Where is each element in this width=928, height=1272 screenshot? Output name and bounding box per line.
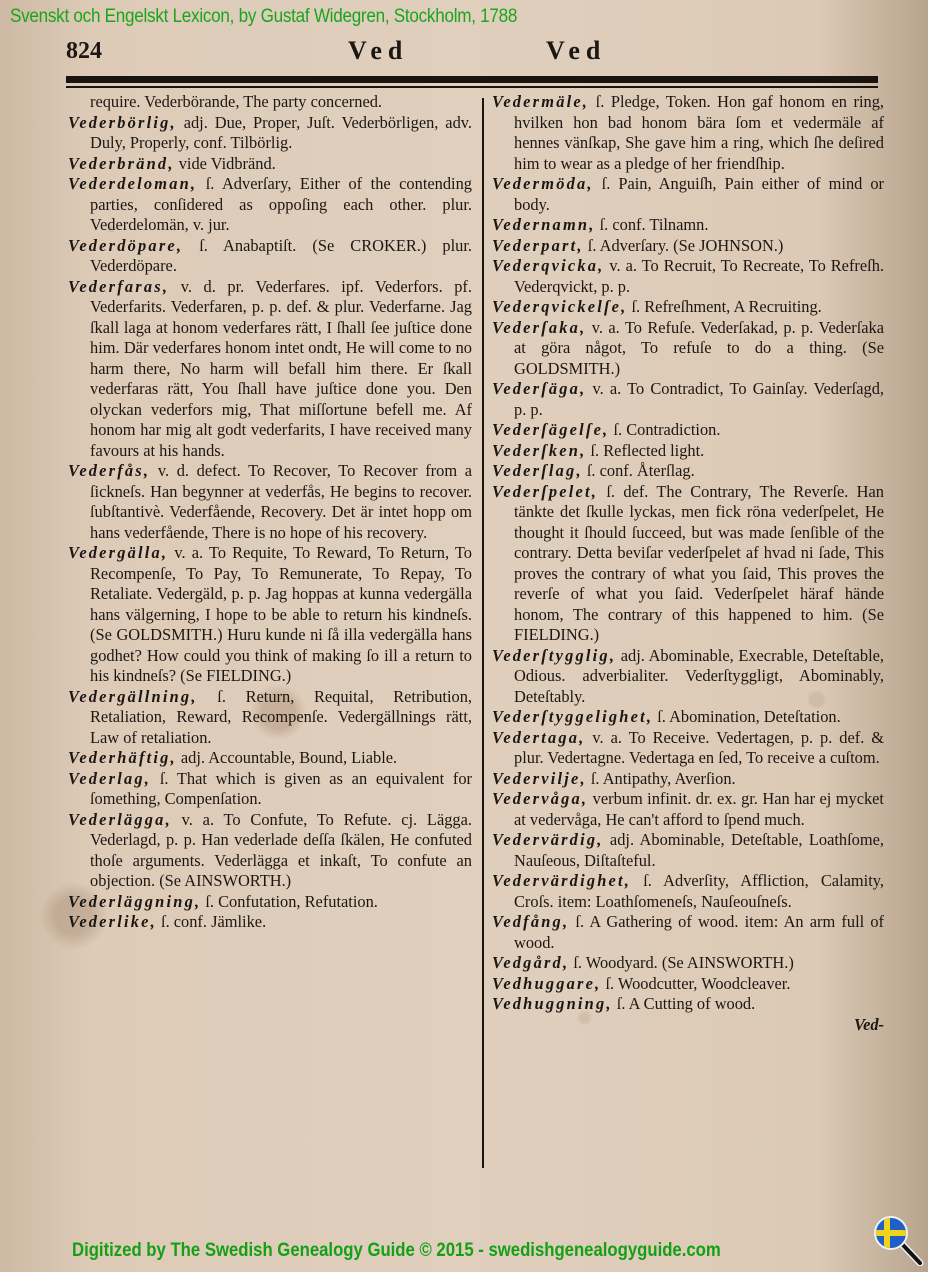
entry-definition: v. d. pr. Vederfares. ipf. Vederfors. pf… [90, 277, 472, 460]
running-head-left-word: Ved [348, 36, 408, 66]
column-divider [482, 98, 484, 1168]
entry-definition: ſ. Antipathy, Averſion. [587, 769, 736, 788]
entry-headword: Vederlag, [68, 769, 151, 788]
dictionary-entry: Vederſäga, v. a. To Contradict, To Gainſ… [492, 379, 884, 420]
entry-headword: Vedervilje, [492, 769, 587, 788]
entry-definition: ſ. A Gathering of wood. item: An arm ful… [514, 912, 884, 952]
entry-headword: Vederſken, [492, 441, 586, 460]
dictionary-entry: Vedernamn, ſ. conf. Tilnamn. [492, 215, 884, 236]
dictionary-entry: Vederdeloman, ſ. Adverſary, Either of th… [68, 174, 472, 236]
dictionary-entry: require. Vederbörande, The party concern… [68, 92, 472, 113]
entry-definition: vide Vidbränd. [175, 154, 276, 173]
dictionary-entry: Vedervärdighet, ſ. Adverſity, Affliction… [492, 871, 884, 912]
dictionary-entry: Vederfaras, v. d. pr. Vederfares. ipf. V… [68, 277, 472, 462]
entry-headword: Vederlike, [68, 912, 157, 931]
entry-definition: ſ. Reflected light. [586, 441, 704, 460]
entry-headword: Vederpart, [492, 236, 584, 255]
dictionary-entry: Vederbränd, vide Vidbränd. [68, 154, 472, 175]
dictionary-entry: Vederſaka, v. a. To Refuſe. Vederſakad, … [492, 318, 884, 380]
dictionary-entry: Vedermöda, ſ. Pain, Anguiſh, Pain either… [492, 174, 884, 215]
entry-definition: ſ. Refreſhment, A Recruiting. [627, 297, 821, 316]
dictionary-entry: Vederläggning, ſ. Confutation, Refutatio… [68, 892, 472, 913]
entry-headword: Vederſäga, [492, 379, 586, 398]
dictionary-entry: Vedhuggning, ſ. A Cutting of wood. [492, 994, 884, 1015]
entry-headword: Vedertaga, [492, 728, 585, 747]
entry-definition: ſ. Adverſary. (Se JOHNSON.) [584, 236, 784, 255]
dictionary-entry: Vedervilje, ſ. Antipathy, Averſion. [492, 769, 884, 790]
entry-headword: Vederſpelet, [492, 482, 598, 501]
entry-definition: ſ. conf. Jämlike. [157, 912, 266, 931]
source-title-banner: Svenskt och Engelskt Lexicon, by Gustaf … [10, 6, 517, 28]
dictionary-entry: Vederlägga, v. a. To Confute, To Refute.… [68, 810, 472, 892]
entry-headword: Vedervåga, [492, 789, 588, 808]
dictionary-entry: Vederſägelſe, ſ. Contradiction. [492, 420, 884, 441]
entry-headword: Vedgård, [492, 953, 569, 972]
entry-headword: Vederſägelſe, [492, 420, 609, 439]
entry-headword: Vedfång, [492, 912, 569, 931]
dictionary-entry: Vederſken, ſ. Reflected light. [492, 441, 884, 462]
entry-headword: Vederbörlig, [68, 113, 177, 132]
entry-headword: Vederfås, [68, 461, 150, 480]
entry-headword: Vedhuggare, [492, 974, 601, 993]
entry-definition: ſ. A Cutting of wood. [613, 994, 756, 1013]
entry-headword: Vederſlag, [492, 461, 583, 480]
dictionary-entry: Vedgård, ſ. Woodyard. (Se AINSWORTH.) [492, 953, 884, 974]
digitized-by-footer: Digitized by The Swedish Genealogy Guide… [72, 1240, 721, 1262]
dictionary-entry: Vederbörlig, adj. Due, Proper, Juſt. Ved… [68, 113, 472, 154]
header-rule-thin [66, 86, 878, 88]
dictionary-entry: Vederhäftig, adj. Accountable, Bound, Li… [68, 748, 472, 769]
entry-headword: Vederdöpare, [68, 236, 183, 255]
entry-definition: ſ. Abomination, Deteſtation. [653, 707, 841, 726]
left-column: require. Vederbörande, The party concern… [68, 92, 472, 933]
catchword: Ved- [492, 1015, 884, 1036]
entry-headword: Vedhuggning, [492, 994, 613, 1013]
entry-definition: ſ. Woodcutter, Woodcleaver. [601, 974, 790, 993]
entry-headword: Vedermäle, [492, 92, 589, 111]
entry-definition: ſ. def. The Contrary, The Reverſe. Han t… [514, 482, 884, 645]
entry-definition: ſ. Confutation, Refutation. [201, 892, 378, 911]
dictionary-entry: Vederqvicka, v. a. To Recruit, To Recrea… [492, 256, 884, 297]
dictionary-entry: Vederqvickelſe, ſ. Refreſhment, A Recrui… [492, 297, 884, 318]
dictionary-entry: Vedergälla, v. a. To Requite, To Reward,… [68, 543, 472, 687]
entry-headword: Vedervärdig, [492, 830, 604, 849]
dictionary-entry: Vederdöpare, ſ. Anabaptiſt. (Se CROKER.)… [68, 236, 472, 277]
entry-headword: Vedergälla, [68, 543, 168, 562]
entry-headword: Vedernamn, [492, 215, 596, 234]
entry-headword: Vederbränd, [68, 154, 175, 173]
dictionary-entry: Vederlag, ſ. That which is given as an e… [68, 769, 472, 810]
dictionary-entry: Vederſtyggelighet, ſ. Abomination, Deteſ… [492, 707, 884, 728]
swedish-flag-magnifier-icon [872, 1214, 924, 1266]
dictionary-entry: Vederlike, ſ. conf. Jämlike. [68, 912, 472, 933]
entry-headword: Vederhäftig, [68, 748, 177, 767]
dictionary-entry: Vedervärdig, adj. Abominable, Deteſtable… [492, 830, 884, 871]
dictionary-entry: Vederſpelet, ſ. def. The Contrary, The R… [492, 482, 884, 646]
right-column: Vedermäle, ſ. Pledge, Token. Hon gaf hon… [492, 92, 884, 1035]
dictionary-entry: Vedergällning, ſ. Return, Requital, Retr… [68, 687, 472, 749]
entry-definition: require. Vederbörande, The party concern… [90, 92, 382, 111]
header-rule-thick [66, 76, 878, 83]
dictionary-entry: Vedhuggare, ſ. Woodcutter, Woodcleaver. [492, 974, 884, 995]
entry-headword: Vederſaka, [492, 318, 586, 337]
running-head-right-word: Ved [546, 36, 606, 66]
entry-headword: Vederlägga, [68, 810, 172, 829]
entry-definition: v. a. To Requite, To Reward, To Return, … [90, 543, 472, 685]
page-number: 824 [66, 38, 102, 65]
entry-definition: ſ. conf. Tilnamn. [596, 215, 709, 234]
dictionary-entry: Vedfång, ſ. A Gathering of wood. item: A… [492, 912, 884, 953]
dictionary-entry: Vederpart, ſ. Adverſary. (Se JOHNSON.) [492, 236, 884, 257]
dictionary-entry: Vedermäle, ſ. Pledge, Token. Hon gaf hon… [492, 92, 884, 174]
entry-headword: Vedermöda, [492, 174, 594, 193]
running-head: 824 Ved Ved [66, 34, 878, 70]
entry-headword: Vedervärdighet, [492, 871, 631, 890]
entry-headword: Vederläggning, [68, 892, 201, 911]
entry-headword: Vederſtyggelighet, [492, 707, 653, 726]
entry-headword: Vederqvickelſe, [492, 297, 627, 316]
dictionary-entry: Vedertaga, v. a. To Receive. Vedertagen,… [492, 728, 884, 769]
dictionary-entry: Vederfås, v. d. defect. To Recover, To R… [68, 461, 472, 543]
entry-headword: Vederdeloman, [68, 174, 197, 193]
entry-definition: ſ. Woodyard. (Se AINSWORTH.) [569, 953, 794, 972]
dictionary-entry: Vederſtygglig, adj. Abominable, Execrabl… [492, 646, 884, 708]
entry-headword: Vederfaras, [68, 277, 169, 296]
entry-headword: Vedergällning, [68, 687, 198, 706]
entry-definition: ſ. Contradiction. [609, 420, 720, 439]
dictionary-entry: Vedervåga, verbum infinit. dr. ex. gr. H… [492, 789, 884, 830]
entry-headword: Vederqvicka, [492, 256, 604, 275]
entry-definition: ſ. conf. Återſlag. [583, 461, 695, 480]
entry-headword: Vederſtygglig, [492, 646, 616, 665]
entry-definition: adj. Accountable, Bound, Liable. [177, 748, 397, 767]
dictionary-entry: Vederſlag, ſ. conf. Återſlag. [492, 461, 884, 482]
